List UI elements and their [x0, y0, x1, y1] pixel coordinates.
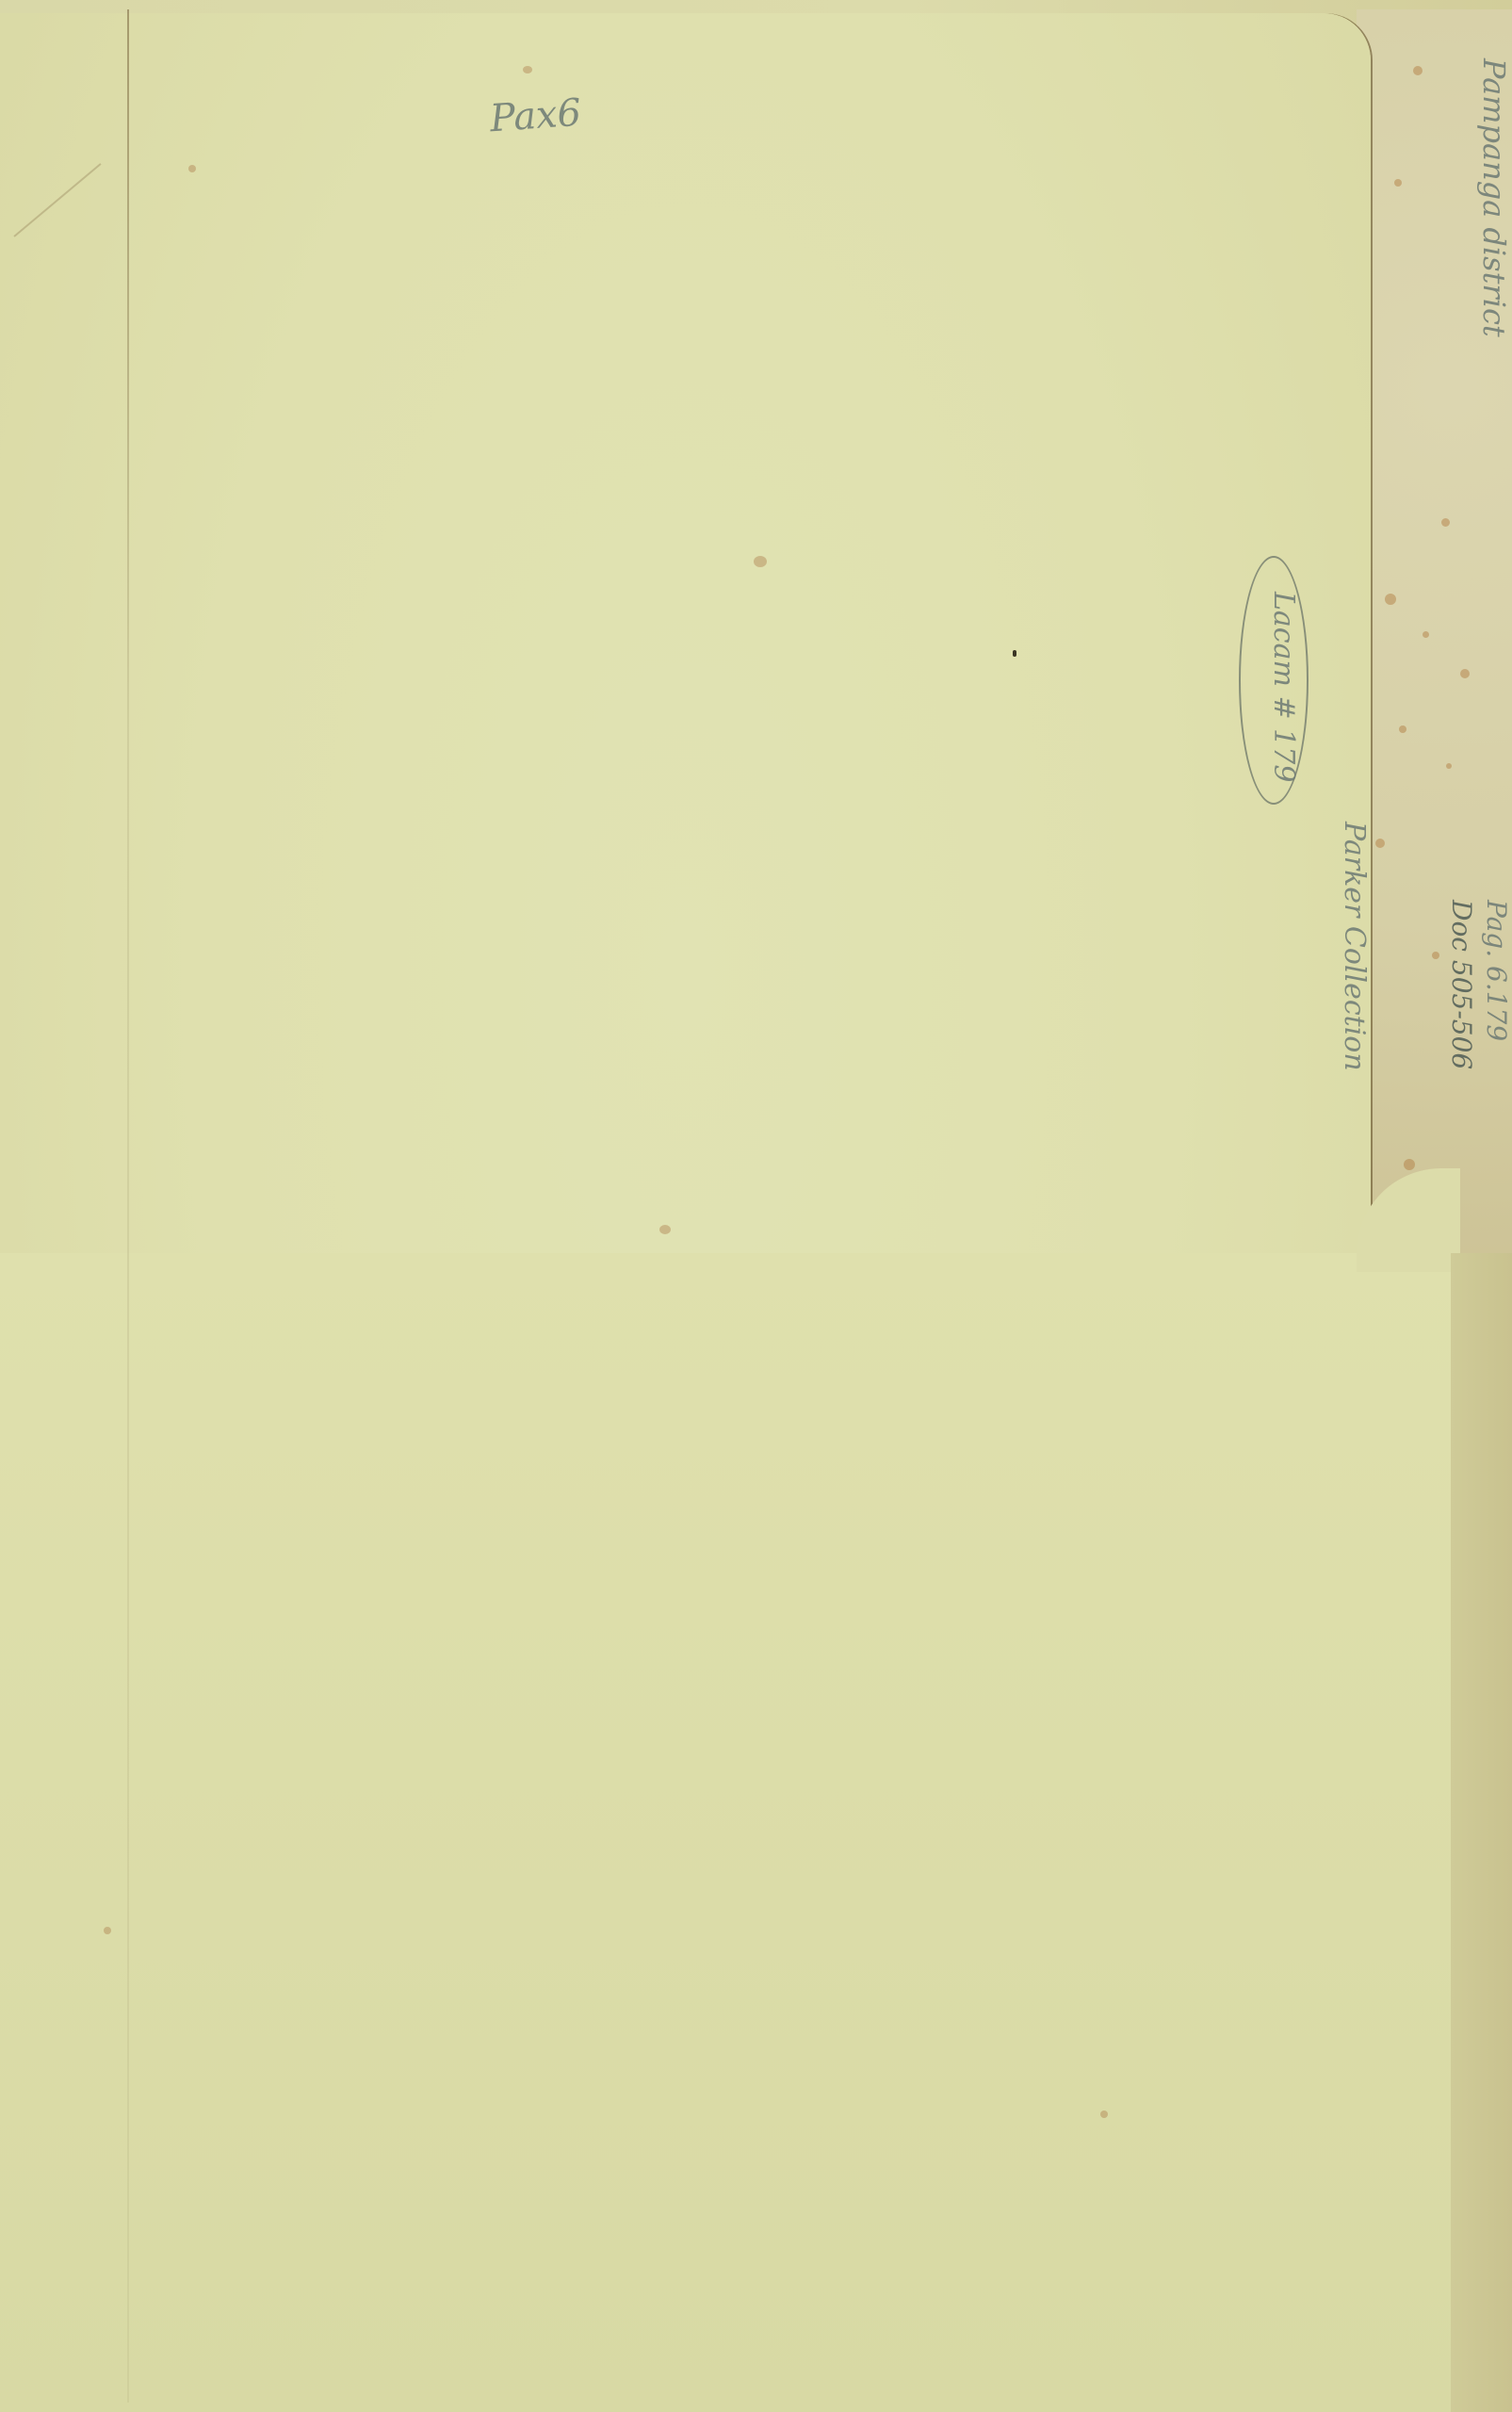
foxing-spot	[659, 1225, 671, 1234]
foxing-spot	[523, 66, 532, 73]
tab-doc-annotation: Doc 505-506	[1446, 900, 1477, 1069]
foxing-spot	[1100, 2110, 1108, 2118]
circled-annotation: Lacam # 179	[1267, 592, 1300, 782]
fold-line	[127, 9, 129, 2403]
collection-annotation: Parker Collection	[1338, 822, 1371, 1071]
tab-title-annotation: Pampanga district	[1476, 58, 1512, 337]
foxing-spot	[104, 1927, 111, 1934]
tab-page-annotation: Pag. 6.179	[1481, 900, 1512, 1041]
folder-right-edge	[1451, 1253, 1512, 2412]
top-pencil-note: Pax6	[489, 91, 583, 141]
foxing-spot	[754, 556, 767, 567]
ink-dot	[1013, 650, 1016, 657]
folder-lower-panel	[0, 1253, 1451, 2412]
foxing-spot	[188, 165, 196, 172]
